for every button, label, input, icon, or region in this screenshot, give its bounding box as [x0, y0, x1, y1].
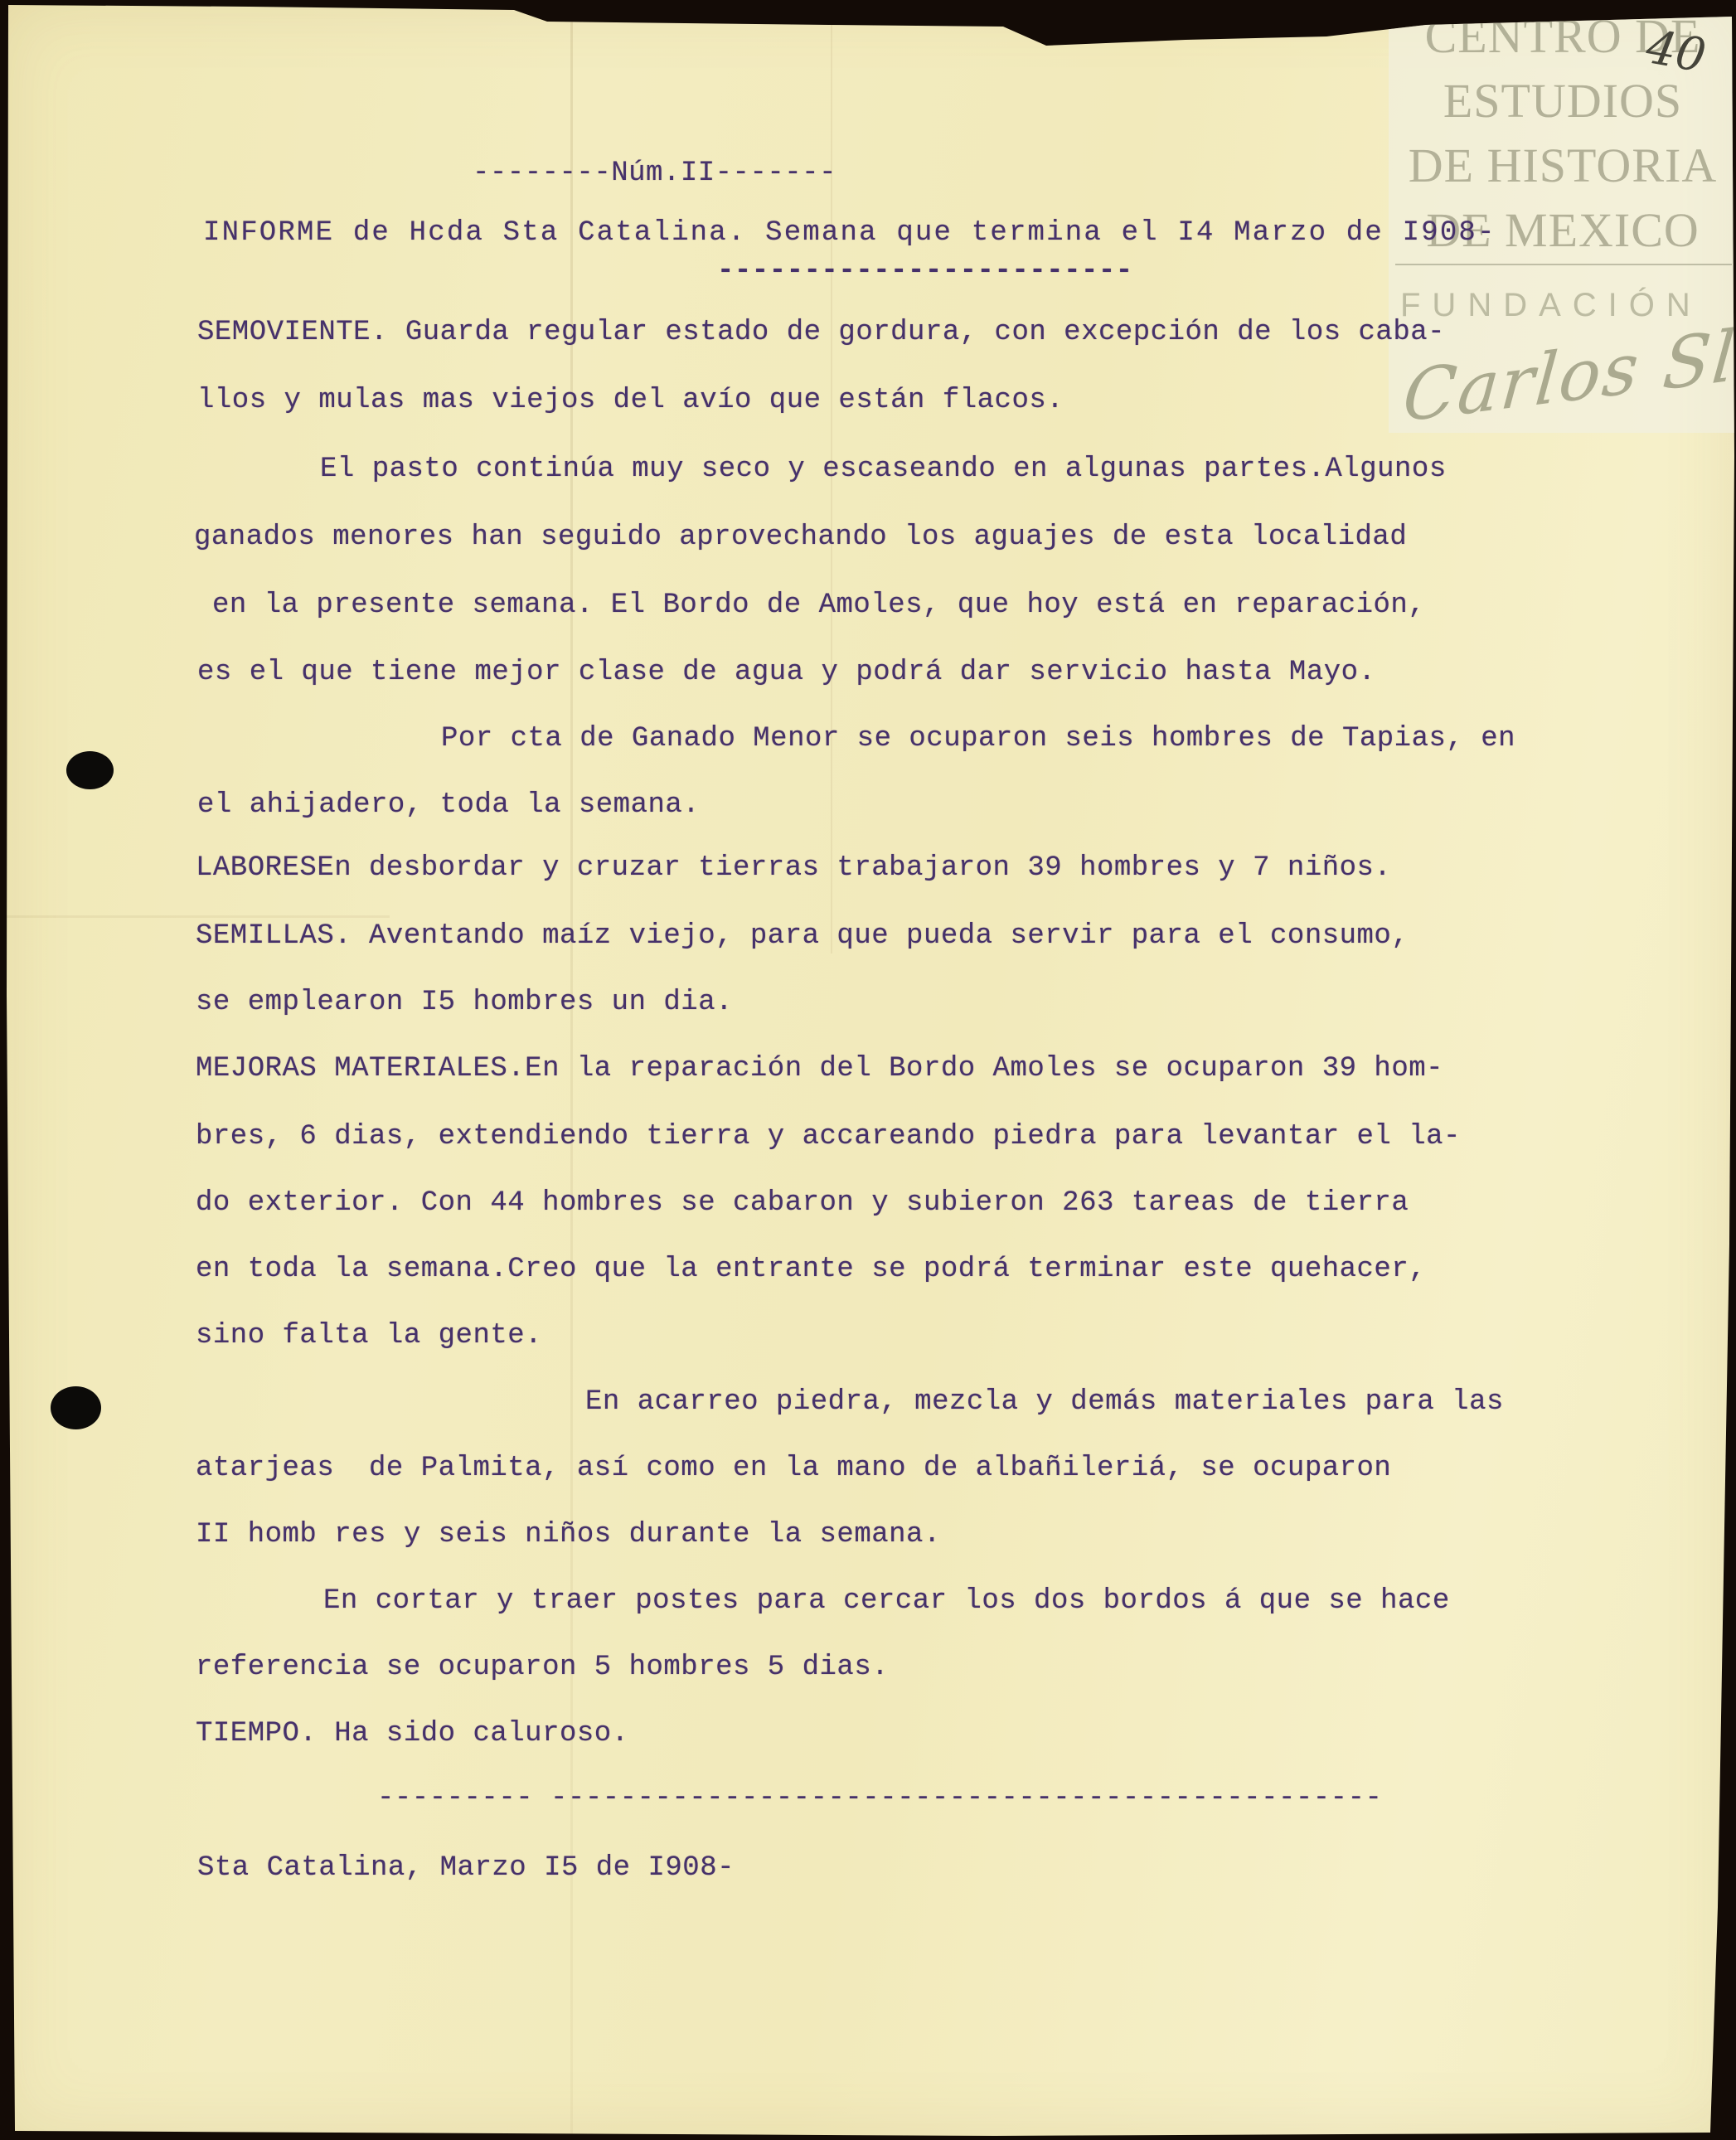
typewritten-text-line: Por cta de Ganado Menor se ocuparon seis… — [441, 723, 1515, 755]
page-number-handwritten: 40 — [1642, 20, 1709, 83]
typewritten-text-line: atarjeas de Palmita, así como en la mano… — [196, 1453, 1391, 1484]
hole-punch-bottom — [51, 1386, 101, 1429]
typewritten-text-line: el ahijadero, toda la semana. — [197, 789, 700, 821]
document-page: CENTRO DEESTUDIOSDE HISTORIADE MEXICO FU… — [0, 0, 1736, 2140]
typewritten-text-line: es el que tiene mejor clase de agua y po… — [197, 657, 1375, 688]
typewritten-text-line: bres, 6 dias, extendiendo tierra y accar… — [196, 1121, 1461, 1152]
watermark-divider — [1395, 264, 1732, 265]
closing-separator: --------- ------------------------------… — [377, 1783, 1382, 1814]
watermark-text-line: ESTUDIOS — [1389, 73, 1736, 129]
typewritten-text-line: SEMILLAS. Aventando maíz viejo, para que… — [196, 920, 1409, 952]
watermark-foundation-label: FUNDACIÓN — [1400, 287, 1702, 324]
typewritten-text-line: llos y mulas mas viejos del avío que est… — [197, 385, 1064, 416]
scan-backdrop: CENTRO DEESTUDIOSDE HISTORIADE MEXICO FU… — [0, 0, 1736, 2140]
typewritten-text-line: en la presente semana. El Bordo de Amole… — [212, 590, 1425, 621]
typewritten-text-line: II homb res y seis niños durante la sema… — [196, 1519, 941, 1550]
typewritten-text-line: en toda la semana.Creo que la entrante s… — [196, 1254, 1426, 1285]
watermark-text-line: DE HISTORIA — [1389, 138, 1736, 193]
typewritten-text-line: sino falta la gente. — [196, 1320, 542, 1351]
typewritten-text-line: do exterior. Con 44 hombres se cabaron y… — [196, 1187, 1409, 1219]
typewritten-text-line: LABORESEn desbordar y cruzar tierras tra… — [196, 852, 1391, 884]
typewritten-text-line: En acarreo piedra, mezcla y demás materi… — [585, 1386, 1504, 1418]
typewritten-text-line: ganados menores han seguido aprovechando… — [194, 522, 1407, 553]
title-underline: ------------------------ — [717, 255, 1133, 287]
report-title: INFORME de Hcda Sta Catalina. Semana que… — [203, 217, 1496, 249]
dateline: Sta Catalina, Marzo I5 de I908- — [197, 1852, 735, 1884]
typewritten-text-line: TIEMPO. Ha sido caluroso. — [196, 1718, 629, 1749]
typewritten-text-line: SEMOVIENTE. Guarda regular estado de gor… — [197, 317, 1445, 348]
typewritten-text-line: referencia se ocuparon 5 hombres 5 dias. — [196, 1652, 889, 1683]
typewritten-text-line: MEJORAS MATERIALES.En la reparación del … — [196, 1053, 1443, 1085]
typewritten-text-line: El pasto continúa muy seco y escaseando … — [320, 454, 1447, 485]
hole-punch-top — [66, 751, 114, 789]
typewritten-text-line: se emplearon I5 hombres un dia. — [196, 987, 733, 1018]
typewritten-text-line: En cortar y traer postes para cercar los… — [323, 1585, 1450, 1617]
horizontal-fold-crease — [0, 915, 390, 918]
document-number-heading: --------Núm.II------- — [473, 158, 836, 189]
